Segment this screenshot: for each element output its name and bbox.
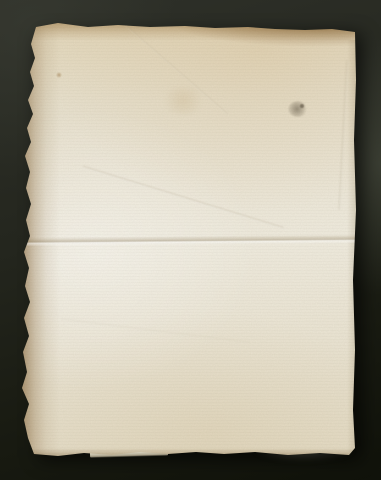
paper-grain-texture [0, 0, 381, 480]
document-page [0, 0, 381, 480]
photo [0, 0, 381, 480]
